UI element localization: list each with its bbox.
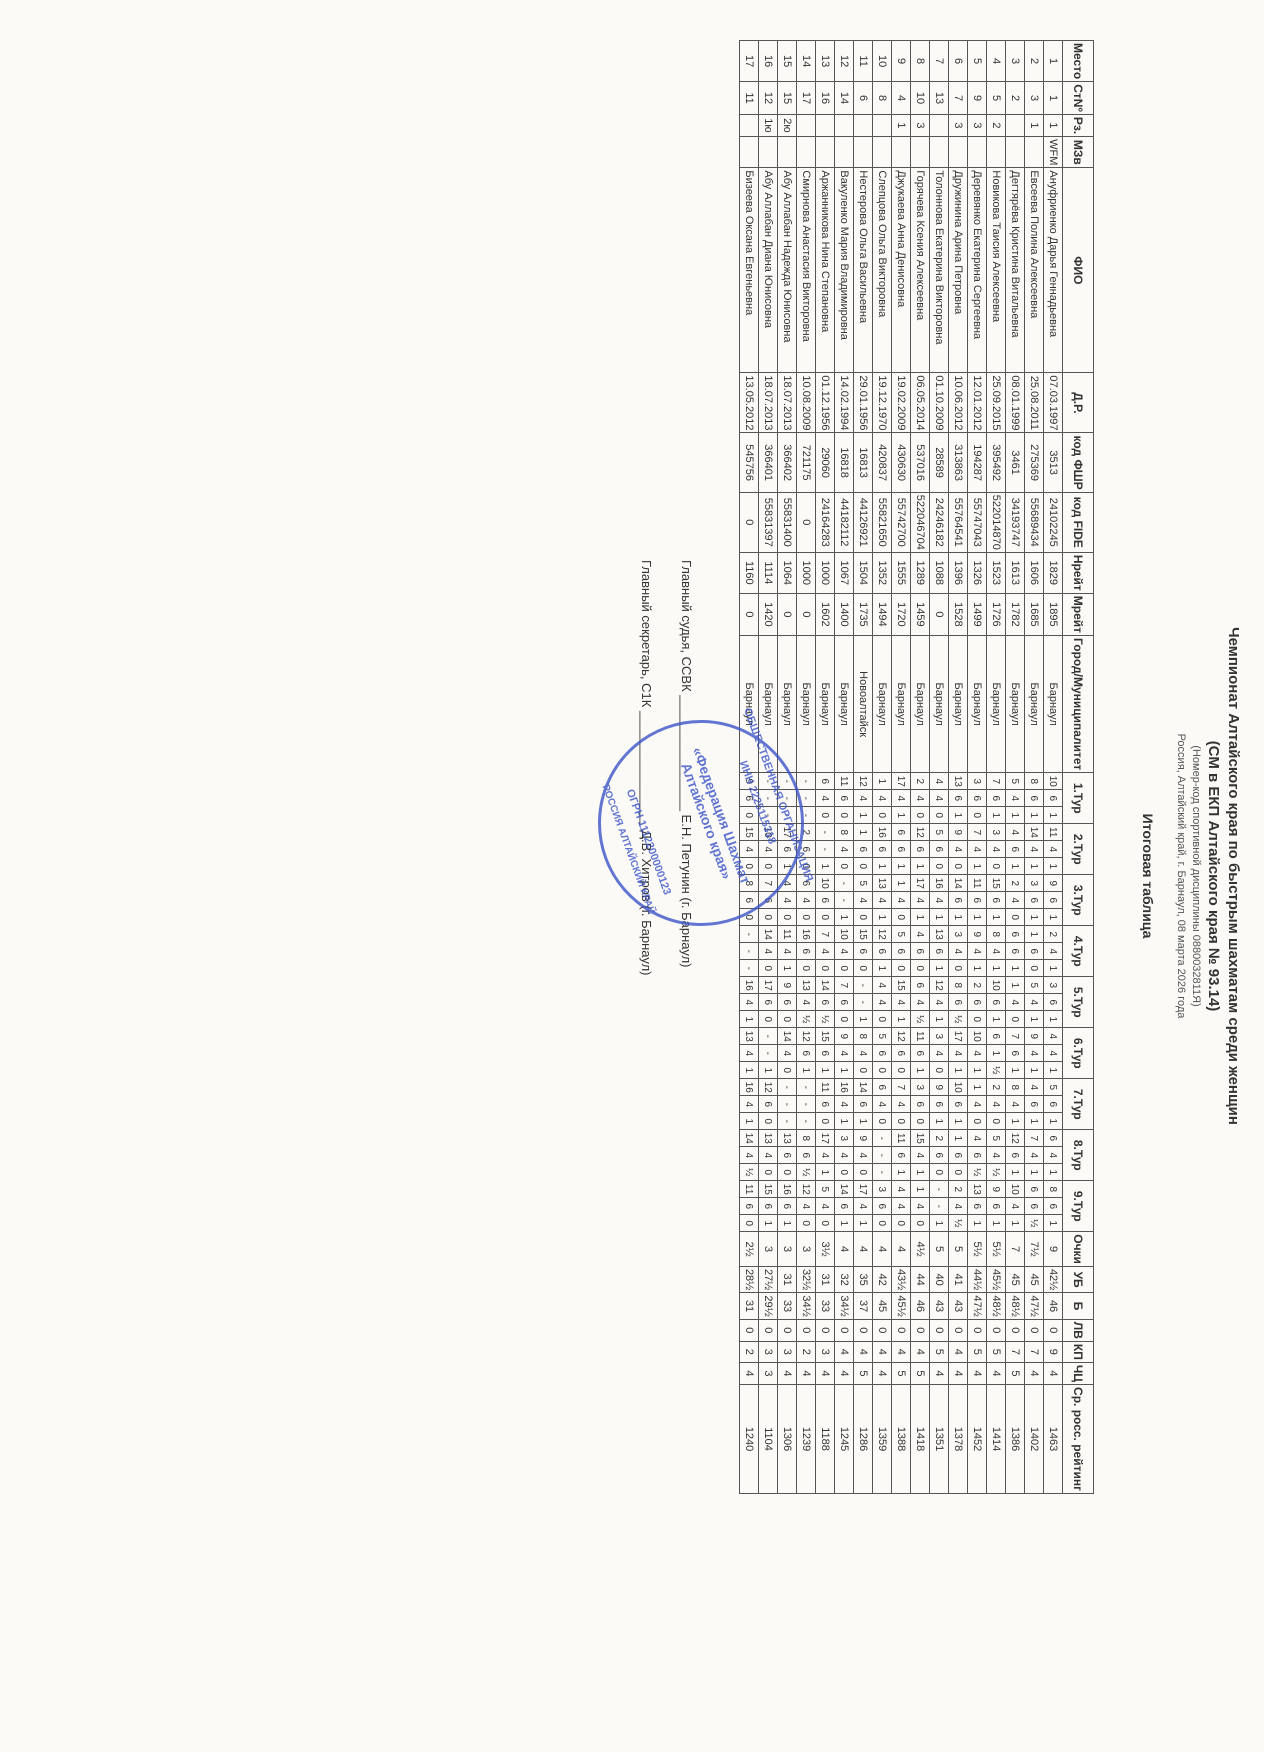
fshr-id-cell: 366402: [778, 433, 797, 492]
points-cell: 4½: [911, 1232, 930, 1267]
fide-id-cell: 55747043: [968, 492, 987, 552]
dob-cell: 19.02.2009: [892, 373, 911, 433]
title-cell: [873, 137, 892, 168]
round-cell: 5: [892, 926, 911, 943]
tiebreak-lv-cell: 0: [759, 1319, 778, 1341]
tiebreak-lv-cell: 0: [968, 1319, 987, 1341]
round-cell: 7: [892, 1079, 911, 1096]
round-cell: -: [778, 1096, 797, 1113]
round-cell: 15: [892, 977, 911, 994]
tiebreak-b-cell: 48½: [987, 1293, 1006, 1319]
fide-id-cell: 522046704: [911, 492, 930, 552]
round-cell: 4: [892, 1181, 911, 1198]
tiebreak-b-cell: 45: [873, 1293, 892, 1319]
round-cell: 1: [987, 1045, 1006, 1062]
table-row: 111WFMАнуфриенко Дарья Геннадьевна07.03.…: [1044, 41, 1063, 1494]
round-cell: ½: [911, 1011, 930, 1028]
round-cell: 5: [854, 875, 873, 892]
national-rating-cell: 1606: [1025, 552, 1044, 593]
round-cell: 1: [854, 1011, 873, 1028]
fshr-id-cell: 545756: [740, 433, 759, 492]
round-cell: ½: [987, 1062, 1006, 1079]
title-cell: [968, 137, 987, 168]
tiebreak-kp-cell: 4: [873, 1341, 892, 1362]
tiebreak-kp-cell: 3: [778, 1341, 797, 1362]
round-cell: 1: [1044, 1113, 1063, 1130]
round-cell: 2: [1006, 875, 1025, 892]
place-cell: 16: [759, 41, 778, 82]
round-cell: 7: [987, 773, 1006, 790]
fshr-id-cell: 430630: [892, 433, 911, 492]
round-cell: 0: [835, 1011, 854, 1028]
tiebreak-lv-cell: 0: [911, 1319, 930, 1341]
round-cell: 13: [968, 1181, 987, 1198]
round-cell: 6: [1025, 790, 1044, 807]
round-cell: 0: [759, 960, 778, 977]
tiebreak-lv-cell: 0: [1006, 1319, 1025, 1341]
round-cell: 10: [968, 1028, 987, 1045]
tiebreak-chc-cell: 5: [892, 1362, 911, 1384]
round-cell: 3: [1025, 875, 1044, 892]
round-cell: 0: [987, 858, 1006, 875]
round-cell: 4: [873, 1096, 892, 1113]
tiebreak-b-cell: 31: [740, 1293, 759, 1319]
fide-id-cell: 44126921: [854, 492, 873, 552]
points-cell: 7½: [1025, 1232, 1044, 1267]
document-sheet: Чемпионат Алтайского края по быстрым шах…: [0, 0, 1264, 1752]
round-cell: 4: [930, 1045, 949, 1062]
round-cell: 14: [740, 1130, 759, 1147]
round-cell: 4: [740, 1147, 759, 1164]
round-cell: 1: [968, 1079, 987, 1096]
tiebreak-lv-cell: 0: [873, 1319, 892, 1341]
round-cell: 1: [740, 1011, 759, 1028]
start-number-cell: 7: [949, 82, 968, 115]
table-row: 941Джукаева Анна Денисовна19.02.20094306…: [892, 41, 911, 1494]
national-rating-cell: 1504: [854, 552, 873, 593]
round-cell: 11: [892, 1130, 911, 1147]
round-cell: 1: [968, 858, 987, 875]
round-cell: 15: [854, 926, 873, 943]
round-cell: 6: [816, 1045, 835, 1062]
tiebreak-ub-cell: 27½: [759, 1266, 778, 1292]
round-cell: 12: [930, 977, 949, 994]
round-cell: 1: [778, 1215, 797, 1232]
table-row: 32Дегтярёва Кристина Витальевна08.01.199…: [1006, 41, 1025, 1494]
column-header: Место: [1063, 41, 1094, 82]
title-cell: [911, 137, 930, 168]
dob-cell: 25.09.2015: [987, 373, 1006, 433]
round-cell: 6: [930, 943, 949, 960]
round-cell: 1: [816, 858, 835, 875]
start-number-cell: 3: [1025, 82, 1044, 115]
start-number-cell: 14: [835, 82, 854, 115]
round-cell: 6: [968, 1198, 987, 1215]
round-cell: 1: [1006, 858, 1025, 875]
round-cell: 4: [930, 773, 949, 790]
round-cell: 17: [892, 773, 911, 790]
round-cell: -: [778, 1113, 797, 1130]
title-cell: [892, 137, 911, 168]
round-cell: 4: [1025, 1045, 1044, 1062]
round-cell: 12: [911, 824, 930, 841]
round-cell: 11: [911, 1028, 930, 1045]
round-cell: 0: [892, 1062, 911, 1079]
tiebreak-b-cell: 29½: [759, 1293, 778, 1319]
round-cell: 0: [759, 1164, 778, 1181]
tiebreak-kp-cell: 4: [949, 1341, 968, 1362]
fshr-id-cell: 721175: [797, 433, 816, 492]
tiebreak-ub-cell: 35: [854, 1266, 873, 1292]
round-cell: 7: [816, 926, 835, 943]
round-cell: 4: [854, 1045, 873, 1062]
round-cell: 0: [1025, 960, 1044, 977]
round-cell: -: [759, 1028, 778, 1045]
round-cell: -: [816, 841, 835, 858]
tiebreak-ub-cell: 42: [873, 1266, 892, 1292]
round-cell: 5: [987, 1130, 1006, 1147]
tiebreak-ub-cell: 41: [949, 1266, 968, 1292]
round-cell: 3: [1044, 977, 1063, 994]
avg-rating-cell: 1452: [968, 1385, 987, 1494]
column-header: ФИО: [1063, 168, 1094, 373]
place-cell: 10: [873, 41, 892, 82]
table-row: 593Деревянко Екатерина Сергеевна12.01.20…: [968, 41, 987, 1494]
round-cell: 0: [797, 1215, 816, 1232]
city-cell: Барнаул: [1044, 636, 1063, 773]
round-cell: -: [854, 977, 873, 994]
start-number-cell: 6: [854, 82, 873, 115]
round-cell: 11: [816, 1079, 835, 1096]
column-header: Д.Р.: [1063, 373, 1094, 433]
round-cell: 1: [1006, 977, 1025, 994]
round-cell: 1: [816, 1062, 835, 1079]
tiebreak-b-cell: 33: [778, 1293, 797, 1319]
title-cell: [816, 137, 835, 168]
tiebreak-b-cell: 43: [949, 1293, 968, 1319]
points-cell: 4: [892, 1232, 911, 1267]
title-cell: [797, 137, 816, 168]
column-header: ЛВ: [1063, 1319, 1094, 1341]
round-cell: -: [740, 926, 759, 943]
round-cell: 4: [949, 943, 968, 960]
round-cell: 6: [1006, 841, 1025, 858]
start-number-cell: 15: [778, 82, 797, 115]
round-cell: 16: [873, 824, 892, 841]
dob-cell: 29.01.1956: [854, 373, 873, 433]
rank-cell: 1ю: [759, 114, 778, 136]
round-cell: -: [797, 773, 816, 790]
city-cell: Барнаул: [873, 636, 892, 773]
national-rating-cell: 1555: [892, 552, 911, 593]
round-cell: 1: [911, 1062, 930, 1079]
round-cell: 6: [816, 892, 835, 909]
city-cell: Барнаул: [911, 636, 930, 773]
round-cell: 4: [968, 1130, 987, 1147]
round-cell: 6: [797, 943, 816, 960]
avg-rating-cell: 1402: [1025, 1385, 1044, 1494]
round-cell: 0: [968, 1113, 987, 1130]
round-cell: 6: [949, 892, 968, 909]
round-cell: 3: [835, 1130, 854, 1147]
round-cell: 0: [892, 960, 911, 977]
round-cell: 0: [778, 909, 797, 926]
tiebreak-lv-cell: 0: [892, 1319, 911, 1341]
column-header: 5.Тур: [1063, 977, 1094, 1028]
player-name-cell: Аржанникова Нина Степановна: [816, 168, 835, 373]
round-cell: 17: [759, 977, 778, 994]
round-cell: 6: [987, 1198, 1006, 1215]
round-cell: 14: [854, 1079, 873, 1096]
national-rating-cell: 1326: [968, 552, 987, 593]
round-cell: 3: [873, 1181, 892, 1198]
round-cell: 0: [911, 1215, 930, 1232]
national-rating-cell: 1396: [949, 552, 968, 593]
round-cell: 0: [835, 960, 854, 977]
tiebreak-b-cell: 47½: [1025, 1293, 1044, 1319]
round-cell: 4: [911, 1198, 930, 1215]
round-cell: 6: [835, 994, 854, 1011]
round-cell: 1: [949, 909, 968, 926]
round-cell: 4: [892, 892, 911, 909]
round-cell: 6: [949, 790, 968, 807]
dob-cell: 14.02.1994: [835, 373, 854, 433]
round-cell: 2: [987, 1079, 1006, 1096]
round-cell: 0: [930, 858, 949, 875]
intl-rating-cell: 1782: [1006, 593, 1025, 635]
round-cell: -: [873, 1147, 892, 1164]
column-header: ЧЦ: [1063, 1362, 1094, 1384]
start-number-cell: 10: [911, 82, 930, 115]
tiebreak-chc-cell: 4: [797, 1362, 816, 1384]
title-cell: [930, 137, 949, 168]
round-cell: 4: [797, 994, 816, 1011]
fshr-id-cell: 395492: [987, 433, 1006, 492]
round-cell: 6: [911, 977, 930, 994]
city-cell: Барнаул: [949, 636, 968, 773]
column-header: 3.Тур: [1063, 875, 1094, 926]
round-cell: 4: [854, 790, 873, 807]
round-cell: 1: [854, 824, 873, 841]
round-cell: -: [740, 943, 759, 960]
round-cell: 4: [1006, 892, 1025, 909]
round-cell: 1: [949, 1062, 968, 1079]
points-cell: 3: [797, 1232, 816, 1267]
round-cell: 0: [835, 1164, 854, 1181]
round-cell: 8: [1006, 1079, 1025, 1096]
city-cell: Барнаул: [778, 636, 797, 773]
round-cell: 1: [930, 909, 949, 926]
round-cell: 5: [1006, 773, 1025, 790]
title-cell: [1006, 137, 1025, 168]
fide-id-cell: 24102245: [1044, 492, 1063, 552]
start-number-cell: 16: [816, 82, 835, 115]
rank-cell: [797, 114, 816, 136]
round-cell: 1: [759, 1062, 778, 1079]
intl-rating-cell: 1895: [1044, 593, 1063, 635]
round-cell: 1: [987, 1215, 1006, 1232]
round-cell: 1: [1025, 926, 1044, 943]
intl-rating-cell: 1420: [759, 593, 778, 635]
tiebreak-kp-cell: 2: [740, 1341, 759, 1362]
tiebreak-chc-cell: 4: [930, 1362, 949, 1384]
rank-cell: [740, 114, 759, 136]
round-cell: 4: [987, 1096, 1006, 1113]
tiebreak-kp-cell: 4: [835, 1341, 854, 1362]
round-cell: 6: [1044, 790, 1063, 807]
national-rating-cell: 1000: [816, 552, 835, 593]
column-header: УБ: [1063, 1266, 1094, 1292]
start-number-cell: 17: [797, 82, 816, 115]
title-cell: [835, 137, 854, 168]
round-cell: 6: [1044, 994, 1063, 1011]
dob-cell: 01.12.1956: [816, 373, 835, 433]
player-name-cell: Дружинина Арина Петровна: [949, 168, 968, 373]
points-cell: 5: [930, 1232, 949, 1267]
round-cell: 2: [1044, 926, 1063, 943]
round-cell: 1: [1006, 1113, 1025, 1130]
points-cell: 5½: [987, 1232, 1006, 1267]
round-cell: 4: [740, 1096, 759, 1113]
dob-cell: 19.12.1970: [873, 373, 892, 433]
tiebreak-b-cell: 34½: [835, 1293, 854, 1319]
round-cell: 16: [930, 875, 949, 892]
round-cell: -: [797, 1113, 816, 1130]
tiebreak-kp-cell: 2: [797, 1341, 816, 1362]
round-cell: 14: [816, 977, 835, 994]
round-cell: 16: [740, 1079, 759, 1096]
table-header-row: МестоСтNºРз.МЗвФИОД.Р.код ФШРкод FIDEНре…: [1063, 41, 1094, 1494]
round-cell: 6: [911, 841, 930, 858]
round-cell: 4: [930, 994, 949, 1011]
round-cell: 13: [778, 1130, 797, 1147]
tiebreak-b-cell: 46: [911, 1293, 930, 1319]
round-cell: 4: [930, 790, 949, 807]
tiebreak-kp-cell: 7: [1025, 1341, 1044, 1362]
player-name-cell: Нестерова Ольга Васильевна: [854, 168, 873, 373]
national-rating-cell: 1829: [1044, 552, 1063, 593]
tiebreak-ub-cell: 44: [911, 1266, 930, 1292]
city-cell: Барнаул: [930, 636, 949, 773]
round-cell: 4: [854, 892, 873, 909]
round-cell: 6: [892, 841, 911, 858]
round-cell: 0: [892, 1215, 911, 1232]
round-cell: 0: [854, 1164, 873, 1181]
dob-cell: 18.07.2013: [759, 373, 778, 433]
round-cell: 12: [892, 1028, 911, 1045]
rank-cell: [835, 114, 854, 136]
round-cell: 4: [1025, 1079, 1044, 1096]
round-cell: 1: [854, 1113, 873, 1130]
intl-rating-cell: 1400: [835, 593, 854, 635]
round-cell: 0: [854, 960, 873, 977]
round-cell: 0: [873, 1215, 892, 1232]
intl-rating-cell: 0: [740, 593, 759, 635]
national-rating-cell: 1114: [759, 552, 778, 593]
round-cell: 6: [835, 1198, 854, 1215]
tiebreak-chc-cell: 5: [911, 1362, 930, 1384]
place-cell: 6: [949, 41, 968, 82]
round-cell: 4: [949, 1045, 968, 1062]
round-cell: 0: [778, 1011, 797, 1028]
title-cell: [759, 137, 778, 168]
round-cell: 6: [1044, 1198, 1063, 1215]
start-number-cell: 12: [759, 82, 778, 115]
round-cell: 15: [987, 875, 1006, 892]
round-cell: 12: [1006, 1130, 1025, 1147]
round-cell: 5: [816, 1181, 835, 1198]
round-cell: 6: [816, 994, 835, 1011]
place-cell: 7: [930, 41, 949, 82]
round-cell: 4: [892, 994, 911, 1011]
round-cell: 1: [740, 1113, 759, 1130]
fshr-id-cell: 3461: [1006, 433, 1025, 492]
round-cell: 6: [968, 1147, 987, 1164]
tiebreak-chc-cell: 4: [968, 1362, 987, 1384]
column-header: Ср. росс. рейтинг: [1063, 1385, 1094, 1494]
round-cell: 4: [797, 892, 816, 909]
start-number-cell: 5: [987, 82, 1006, 115]
round-cell: 4: [1025, 994, 1044, 1011]
points-cell: 7: [1006, 1232, 1025, 1267]
fshr-id-cell: 29060: [816, 433, 835, 492]
round-cell: 10: [949, 1079, 968, 1096]
round-cell: 1: [987, 1011, 1006, 1028]
player-name-cell: Новикова Таисия Алексеевна: [987, 168, 1006, 373]
round-cell: 4: [740, 994, 759, 1011]
national-rating-cell: 1613: [1006, 552, 1025, 593]
round-cell: 4: [1044, 841, 1063, 858]
player-name-cell: Абу Аллабан Диана Юнисовна: [759, 168, 778, 373]
tiebreak-lv-cell: 0: [1025, 1319, 1044, 1341]
round-cell: 4: [1044, 1028, 1063, 1045]
tiebreak-kp-cell: 3: [759, 1341, 778, 1362]
round-cell: 6: [759, 1198, 778, 1215]
round-cell: 1: [1006, 1164, 1025, 1181]
dob-cell: 10.06.2012: [949, 373, 968, 433]
round-cell: ½: [968, 1164, 987, 1181]
round-cell: 1: [1044, 1164, 1063, 1181]
national-rating-cell: 1088: [930, 552, 949, 593]
column-header: Город/Муниципалитет: [1063, 636, 1094, 773]
round-cell: 0: [892, 909, 911, 926]
round-cell: 14: [949, 875, 968, 892]
column-header: 6.Тур: [1063, 1028, 1094, 1079]
table-row: 452Новикова Таисия Алексеевна25.09.20153…: [987, 41, 1006, 1494]
round-cell: 4: [816, 1198, 835, 1215]
round-cell: 0: [778, 1062, 797, 1079]
results-table: МестоСтNºРз.МЗвФИОД.Р.код ФШРкод FIDEНре…: [739, 40, 1094, 1494]
round-cell: 1: [1044, 909, 1063, 926]
round-cell: 4: [911, 926, 930, 943]
tiebreak-kp-cell: 7: [1006, 1341, 1025, 1362]
tiebreak-ub-cell: 31: [816, 1266, 835, 1292]
title-cell: WFM: [1044, 137, 1063, 168]
player-name-cell: Дегтярёва Кристина Витальевна: [1006, 168, 1025, 373]
tiebreak-lv-cell: 0: [778, 1319, 797, 1341]
round-cell: 1: [930, 1215, 949, 1232]
round-cell: 1: [797, 1062, 816, 1079]
place-cell: 13: [816, 41, 835, 82]
round-cell: 1: [892, 875, 911, 892]
round-cell: 1: [892, 807, 911, 824]
round-cell: 6: [987, 790, 1006, 807]
round-cell: ½: [949, 1011, 968, 1028]
tiebreak-chc-cell: 4: [1044, 1362, 1063, 1384]
intl-rating-cell: 1602: [816, 593, 835, 635]
fide-id-cell: 55742700: [892, 492, 911, 552]
title-cell: [854, 137, 873, 168]
